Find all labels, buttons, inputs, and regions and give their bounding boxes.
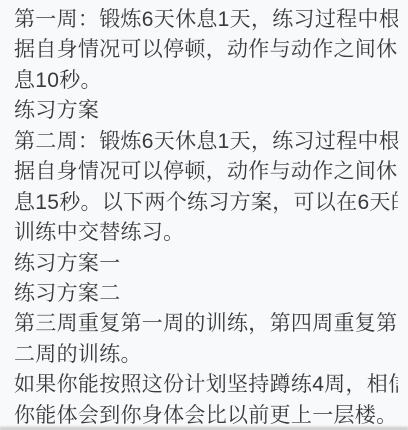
text-line: 第二周：锻炼6天休息1天，练习过程中根: [14, 127, 398, 157]
workout-plan-text-block: 第一周：锻炼6天休息1天，练习过程中根据自身情况可以停顿，动作与动作之间休息10…: [0, 0, 408, 430]
text-line: 二周的训练。: [14, 340, 398, 370]
text-line: 息15秒。以下两个练习方案，可以在6天的: [14, 188, 398, 218]
text-line: 据自身情况可以停顿，动作与动作之间休: [14, 157, 398, 187]
text-line: 你能体会到你身体会比以前更上一层楼。: [14, 401, 398, 430]
text-line: 第三周重复第一周的训练，第四周重复第: [14, 309, 398, 339]
paragraph-container: 第一周：锻炼6天休息1天，练习过程中根据自身情况可以停顿，动作与动作之间休息10…: [14, 5, 398, 430]
text-line: 练习方案二: [14, 279, 398, 309]
text-line: 如果你能按照这份计划坚持蹲练4周，相信: [14, 370, 398, 400]
text-line: 息10秒。: [14, 66, 398, 96]
text-line: 练习方案一: [14, 249, 398, 279]
text-line: 练习方案: [14, 96, 398, 126]
text-line: 据自身情况可以停顿，动作与动作之间休: [14, 35, 398, 65]
text-line: 训练中交替练习。: [14, 218, 398, 248]
text-line: 第一周：锻炼6天休息1天，练习过程中根: [14, 5, 398, 35]
